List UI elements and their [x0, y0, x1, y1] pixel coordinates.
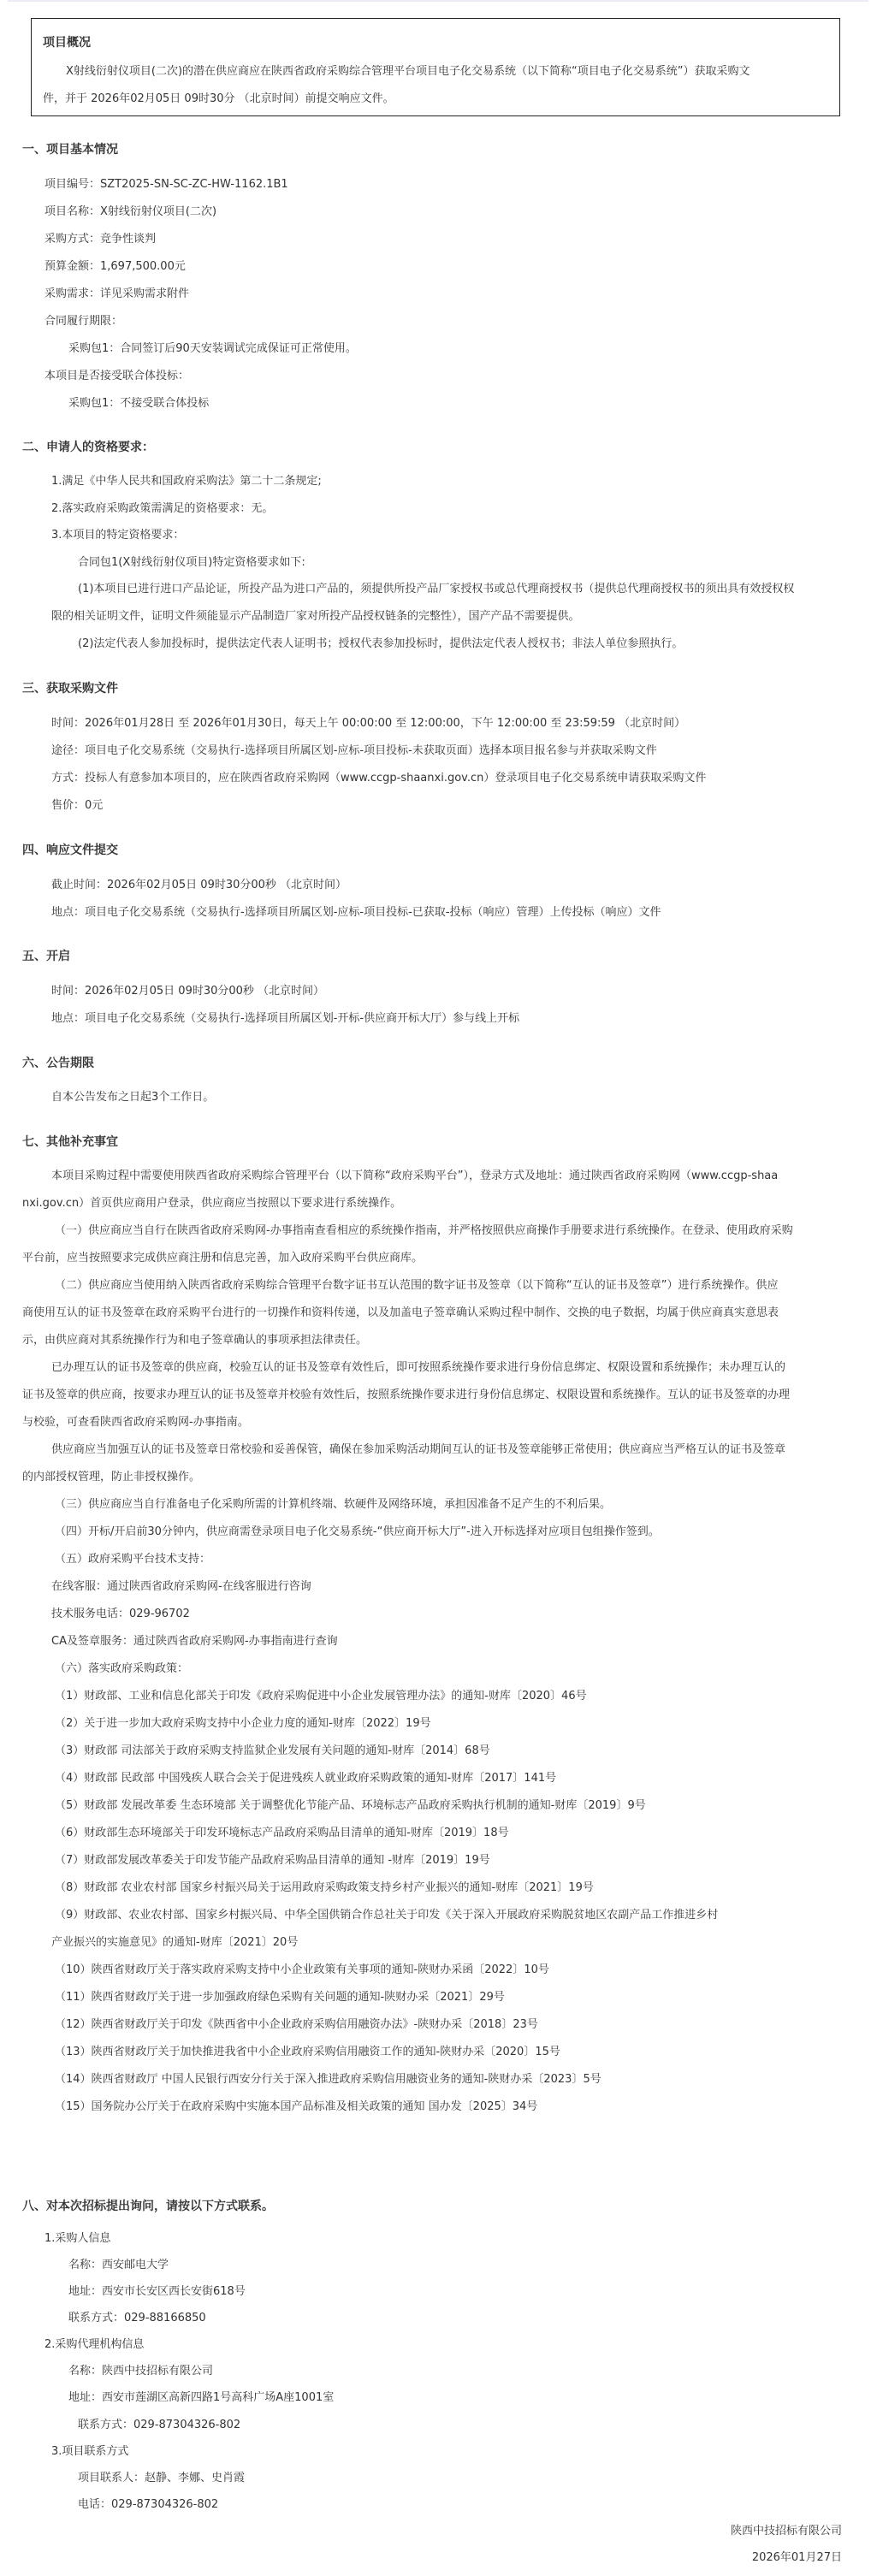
policy-item: （10）陕西省财政厅关于落实政府采购支持中小企业政策有关事项的通知-陕财办采函〔…	[55, 1963, 549, 1977]
section-heading: 七、其他补充事宜	[22, 1135, 118, 1149]
requirement-clause: (1)本项目已进行进口产品论证，所投产品为进口产品的，须提供所投产品厂家授权书或…	[78, 583, 794, 596]
paragraph: 本项目采购过程中需要使用陕西省政府采购综合管理平台（以下简称“政府采购平台”），…	[51, 1170, 778, 1183]
summary-text-line: X射线衍射仪项目(二次)的潜在供应商应在陕西省政府采购综合管理平台项目电子化交易…	[66, 62, 750, 78]
issuer-company: 陕西中技招标有限公司	[731, 2525, 842, 2538]
opening-place: 地点：项目电子化交易系统（交易执行-选择项目所属区划-开标-供应商开标大厅）参与…	[51, 1012, 519, 1026]
budget-amount: 预算金额：1,697,500.00元	[44, 260, 186, 274]
section-heading: 三、获取采购文件	[22, 682, 118, 696]
paragraph-cont: 示，由供应商对其系统操作行为和电子签章确认的事项承担法律责任。	[22, 1334, 367, 1347]
summary-text-line: 件，并于 2026年02月05日 09时30分 （北京时间）前提交响应文件。	[43, 89, 394, 105]
project-summary-box: 项目概况 X射线衍射仪项目(二次)的潜在供应商应在陕西省政府采购综合管理平台项目…	[31, 18, 840, 116]
online-service: 在线客服：通过陕西省政府采购网-在线客服进行咨询	[51, 1580, 311, 1594]
buyer-name: 名称：西安邮电大学	[68, 2259, 169, 2272]
section-heading: 一、项目基本情况	[22, 143, 118, 157]
procurement-method: 采购方式：竞争性谈判	[44, 233, 156, 246]
submit-place: 地点：项目电子化交易系统（交易执行-选择项目所属区划-应标-项目投标-已获取-投…	[51, 906, 661, 920]
policy-item: （2）关于进一步加大政府采购支持中小企业力度的通知-财库〔2022〕19号	[55, 1717, 431, 1731]
section-heading: 五、开启	[22, 950, 70, 963]
requirement-item: 1.满足《中华人民共和国政府采购法》第二十二条规定;	[51, 475, 322, 489]
policy-item: （14）陕西省财政厅 中国人民银行西安分行关于深入推进政府采购信用融资业务的通知…	[55, 2073, 601, 2087]
consortium-package: 采购包1：不接受联合体投标	[68, 397, 209, 411]
consortium-label: 本项目是否接受联合体投标：	[44, 370, 189, 383]
procurement-demand: 采购需求：详见采购需求附件	[44, 287, 189, 301]
contract-term-label: 合同履行期限：	[44, 315, 122, 329]
buyer-info-label: 1.采购人信息	[44, 2232, 110, 2246]
opening-time: 时间：2026年02月05日 09时30分00秒 （北京时间）	[51, 985, 324, 998]
paragraph-cont: 商使用互认的证书及签章在政府采购平台进行的一切操作和资料传递，以及加盖电子签章确…	[22, 1306, 779, 1320]
requirement-clause: (2)法定代表人参加投标时，提供法定代表人证明书；授权代表参加投标时，提供法定代…	[78, 637, 683, 651]
policy-item: （11）陕西省财政厅关于进一步加强政府绿色采购有关问题的通知-陕财办采〔2021…	[55, 1991, 505, 2005]
buyer-address: 地址：西安市长安区西长安街618号	[68, 2285, 246, 2299]
notice-period: 自本公告发布之日起3个工作日。	[51, 1091, 214, 1104]
policy-item: （7）财政部发展改革委关于印发节能产品政府采购品目清单的通知 -财库〔2019〕…	[55, 1854, 490, 1868]
policy-item: （8）财政部 农业农村部 国家乡村振兴局关于运用政府采购政策支持乡村产业振兴的通…	[55, 1881, 594, 1895]
project-name: 项目名称：X射线衍射仪项目(二次)	[44, 205, 216, 219]
section-heading: 二、申请人的资格要求：	[22, 441, 154, 454]
submit-deadline: 截止时间：2026年02月05日 09时30分00秒 （北京时间）	[51, 879, 347, 892]
paragraph-cont: nxi.gov.cn）首页供应商用户登录，供应商应当按照以下要求进行系统操作。	[22, 1197, 401, 1211]
requirement-item: 2.落实政府采购政策需满足的资格要求：无。	[51, 502, 273, 516]
paragraph: （一）供应商应当自行在陕西省政府采购网-办事指南查看相应的系统操作指南，并严格按…	[55, 1224, 793, 1238]
package-requirement-title: 合同包1(X射线衍射仪项目)特定资格要求如下:	[78, 556, 305, 570]
paragraph: （五）政府采购平台技术支持：	[55, 1553, 210, 1566]
policy-item: （9）财政部、农业农村部、国家乡村振兴局、中华全国供销合作总社关于印发《关于深入…	[55, 1909, 718, 1922]
project-contact-label: 3.项目联系方式	[51, 2445, 128, 2459]
acquire-way: 方式：投标人有意参加本项目的，应在陕西省政府采购网（www.ccgp-shaan…	[51, 772, 706, 785]
requirement-item: 3.本项目的特定资格要求：	[51, 529, 184, 542]
tech-phone: 技术服务电话：029-96702	[51, 1608, 190, 1621]
paragraph-cont: 的内部授权管理，防止非授权操作。	[22, 1471, 200, 1484]
policy-item-cont: 产业振兴的实施意见》的通知-财库〔2021〕20号	[51, 1936, 298, 1950]
section-heading: 六、公告期限	[22, 1057, 94, 1070]
project-contact-people: 项目联系人：赵静、李娜、史肖霞	[78, 2472, 245, 2485]
acquire-route: 途径：项目电子化交易系统（交易执行-选择项目所属区划-应标-项目投标-未获取页面…	[51, 744, 657, 758]
section-heading: 四、响应文件提交	[22, 844, 118, 857]
acquire-price: 售价：0元	[51, 799, 103, 813]
section-heading: 八、对本次招标提出询问，请按以下方式联系。	[22, 2200, 274, 2213]
paragraph-cont: 证书及签章的供应商，按要求办理互认的证书及签章并校验有效性后，按照系统操作要求进…	[22, 1389, 790, 1402]
policy-item: （5）财政部 发展改革委 生态环境部 关于调整优化节能产品、环境标志产品政府采购…	[55, 1799, 646, 1813]
policy-item: （15）国务院办公厅关于在政府采购中实施本国产品标准及相关政策的通知 国办发〔2…	[55, 2100, 537, 2114]
policy-item: （3）财政部 司法部关于政府采购支持监狱企业发展有关问题的通知-财库〔2014〕…	[55, 1744, 490, 1758]
paragraph: （四）开标/开启前30分钟内，供应商需登录项目电子化交易系统-“供应商开标大厅”…	[55, 1525, 660, 1539]
agency-name: 名称：陕西中技招标有限公司	[68, 2365, 213, 2378]
paragraph: 已办理互认的证书及签章的供应商，校验互认的证书及签章有效性后，即可按照系统操作要…	[51, 1361, 785, 1375]
project-number: 项目编号：SZT2025-SN-SC-ZC-HW-1162.1B1	[44, 178, 288, 192]
paragraph: （二）供应商应当使用纳入陕西省政府采购综合管理平台数字证书互认范围的数字证书及签…	[55, 1279, 778, 1293]
policy-item: （13）陕西省财政厅关于加快推进我省中小企业政府采购信用融资工作的通知-陕财办采…	[55, 2046, 560, 2059]
paragraph-cont: 与校验，可查看陕西省政府采购网-办事指南。	[22, 1416, 249, 1430]
policy-item: （1）财政部、工业和信息化部关于印发《政府采购促进中小企业发展管理办法》的通知-…	[55, 1690, 587, 1703]
requirement-clause-cont: 限的相关证明文件，证明文件须能显示产品制造厂家对所投产品授权链条的完整性），国产…	[51, 610, 580, 624]
project-contact-phone: 电话：029-87304326-802	[78, 2498, 218, 2512]
agency-address: 地址：西安市莲湖区高新四路1号高科广场A座1001室	[68, 2391, 334, 2405]
policy-item: （6）财政部生态环境部关于印发环境标志产品政府采购品目清单的通知-财库〔2019…	[55, 1827, 509, 1840]
policy-heading: （六）落实政府采购政策：	[55, 1662, 188, 1676]
acquire-time: 时间：2026年01月28日 至 2026年01月30日，每天上午 00:00:…	[51, 717, 685, 731]
top-divider	[8, 0, 868, 2]
policy-item: （12）陕西省财政厅关于印发《陕西省中小企业政府采购信用融资办法》-陕财办采〔2…	[55, 2018, 538, 2032]
agency-info-label: 2.采购代理机构信息	[44, 2338, 144, 2352]
paragraph: 供应商应当加强互认的证书及签章日常校验和妥善保管，确保在参加采购活动期间互认的证…	[51, 1443, 785, 1457]
agency-phone: 联系方式：029-87304326-802	[78, 2419, 240, 2432]
summary-title: 项目概况	[43, 33, 91, 50]
paragraph-cont: 平台前，应当按照要求完成供应商注册和信息完善，加入政府采购平台供应商库。	[22, 1252, 423, 1265]
policy-item: （4）财政部 民政部 中国残疾人联合会关于促进残疾人就业政府采购政策的通知-财库…	[55, 1772, 556, 1785]
paragraph: （三）供应商应当自行准备电子化采购所需的计算机终端、软硬件及网络环境，承担因准备…	[55, 1498, 611, 1512]
issue-date: 2026年01月27日	[752, 2551, 842, 2565]
contract-term-package: 采购包1：合同签订后90天安装调试完成保证可正常使用。	[68, 342, 357, 356]
buyer-phone: 联系方式：029-88166850	[68, 2312, 206, 2325]
ca-service: CA及签章服务：通过陕西省政府采购网-办事指南进行查询	[51, 1635, 338, 1649]
